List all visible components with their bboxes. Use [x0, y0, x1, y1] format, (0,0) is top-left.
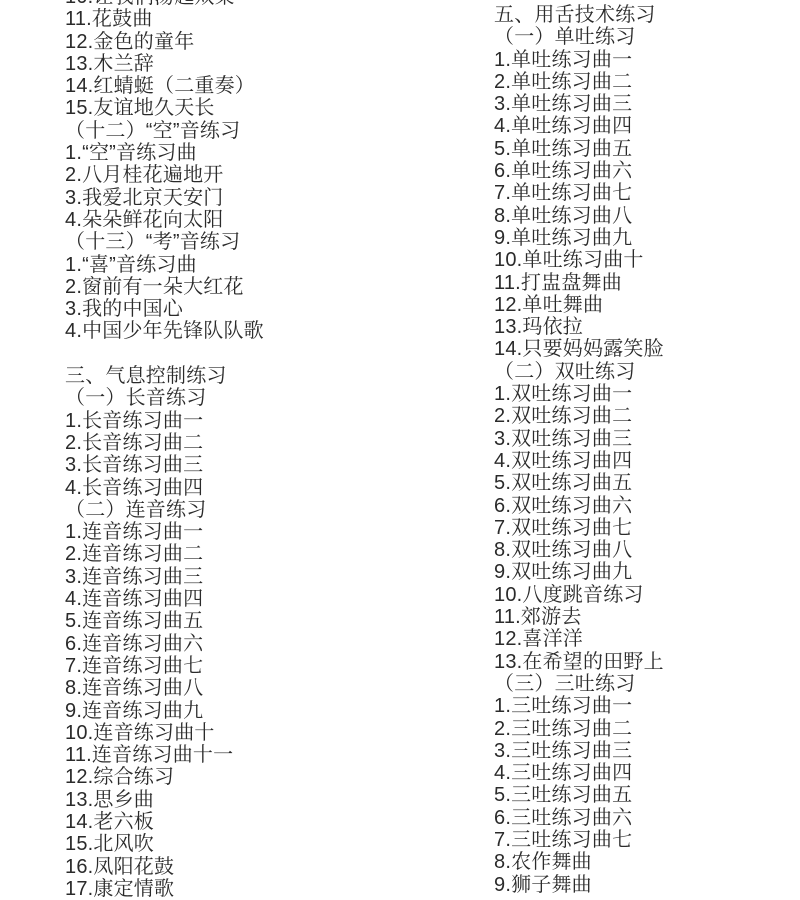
toc-line: 5.三吐练习曲五 [494, 784, 664, 806]
toc-line: 14.老六板 [65, 811, 264, 833]
toc-line: 5.双吐练习曲五 [494, 472, 664, 494]
toc-line: 2.双吐练习曲二 [494, 405, 664, 427]
toc-line: 5.连音练习曲五 [65, 610, 264, 632]
toc-line: （二）双吐练习 [494, 361, 664, 383]
toc-line: （十三）“考”音练习 [65, 231, 264, 253]
toc-line: 1.连音练习曲一 [65, 521, 264, 543]
toc-line: 13.思乡曲 [65, 789, 264, 811]
toc-line: 10.单吐练习曲十 [494, 249, 664, 271]
toc-line: 4.长音练习曲四 [65, 477, 264, 499]
toc-line: 9.连音练习曲九 [65, 700, 264, 722]
toc-line: 8.单吐练习曲八 [494, 205, 664, 227]
toc-line: 4.连音练习曲四 [65, 588, 264, 610]
toc-line: 6.连音练习曲六 [65, 633, 264, 655]
toc-line: （十二）“空”音练习 [65, 120, 264, 142]
toc-line: 7.单吐练习曲七 [494, 182, 664, 204]
toc-line: 13.木兰辞 [65, 53, 264, 75]
toc-line: 12.综合练习 [65, 766, 264, 788]
toc-line: 15.友谊地久天长 [65, 97, 264, 119]
toc-left-column: 10.让我们荡起双桨11.花鼓曲12.金色的童年13.木兰辞14.红蜻蜓（二重奏… [65, 0, 264, 900]
toc-line: 1.双吐练习曲一 [494, 383, 664, 405]
toc-line: 12.喜洋洋 [494, 628, 664, 650]
toc-line: 3.双吐练习曲三 [494, 428, 664, 450]
toc-line: 7.双吐练习曲七 [494, 517, 664, 539]
toc-line: 8.双吐练习曲八 [494, 539, 664, 561]
toc-line: 10.连音练习曲十 [65, 722, 264, 744]
toc-line: 4.双吐练习曲四 [494, 450, 664, 472]
toc-line: （一）长音练习 [65, 387, 264, 409]
toc-line: 1.单吐练习曲一 [494, 49, 664, 71]
toc-blank-line [65, 343, 264, 365]
toc-line: （二）连音练习 [65, 499, 264, 521]
toc-line: 10.八度跳音练习 [494, 584, 664, 606]
toc-line: 2.三吐练习曲二 [494, 718, 664, 740]
toc-line: 3.单吐练习曲三 [494, 93, 664, 115]
toc-line: 11.打盅盘舞曲 [494, 272, 664, 294]
toc-line: 17.康定情歌 [65, 878, 264, 900]
toc-line: 14.红蜻蜓（二重奏） [65, 75, 264, 97]
toc-line: 11.花鼓曲 [65, 8, 264, 30]
toc-line: 15.北风吹 [65, 833, 264, 855]
toc-line: 9.狮子舞曲 [494, 874, 664, 896]
toc-line: 14.只要妈妈露笑脸 [494, 338, 664, 360]
toc-line: 13.在希望的田野上 [494, 651, 664, 673]
toc-line: 5.单吐练习曲五 [494, 138, 664, 160]
toc-line: 1.“喜”音练习曲 [65, 254, 264, 276]
toc-line: 7.三吐练习曲七 [494, 829, 664, 851]
toc-line: 6.三吐练习曲六 [494, 807, 664, 829]
toc-line: 3.我的中国心 [65, 298, 264, 320]
toc-line: 3.长音练习曲三 [65, 454, 264, 476]
toc-line: 4.单吐练习曲四 [494, 115, 664, 137]
toc-line: 6.单吐练习曲六 [494, 160, 664, 182]
toc-line: 7.连音练习曲七 [65, 655, 264, 677]
toc-line: 12.金色的童年 [65, 31, 264, 53]
toc-line: （一）单吐练习 [494, 26, 664, 48]
toc-line: 4.中国少年先锋队队歌 [65, 320, 264, 342]
toc-line: 1.“空”音练习曲 [65, 142, 264, 164]
toc-line: 3.三吐练习曲三 [494, 740, 664, 762]
toc-line: 9.双吐练习曲九 [494, 561, 664, 583]
toc-line: 2.单吐练习曲二 [494, 71, 664, 93]
toc-line: 11.连音练习曲十一 [65, 744, 264, 766]
toc-line: 2.长音练习曲二 [65, 432, 264, 454]
toc-line: 三、气息控制练习 [65, 365, 264, 387]
toc-line: 2.窗前有一朵大红花 [65, 276, 264, 298]
toc-line: 3.我爱北京天安门 [65, 187, 264, 209]
toc-line: 16.凤阳花鼓 [65, 856, 264, 878]
toc-line: 12.单吐舞曲 [494, 294, 664, 316]
toc-line: 9.单吐练习曲九 [494, 227, 664, 249]
toc-line: 6.双吐练习曲六 [494, 495, 664, 517]
toc-line: 1.长音练习曲一 [65, 410, 264, 432]
toc-line: 8.连音练习曲八 [65, 677, 264, 699]
toc-line: 8.农作舞曲 [494, 851, 664, 873]
toc-line: 2.连音练习曲二 [65, 543, 264, 565]
toc-line: （三）三吐练习 [494, 673, 664, 695]
toc-line: 4.三吐练习曲四 [494, 762, 664, 784]
toc-line: 2.八月桂花遍地开 [65, 164, 264, 186]
toc-line: 1.三吐练习曲一 [494, 695, 664, 717]
toc-line: 4.朵朵鲜花向太阳 [65, 209, 264, 231]
toc-line: 13.玛依拉 [494, 316, 664, 338]
toc-right-column: 五、用舌技术练习（一）单吐练习1.单吐练习曲一2.单吐练习曲二3.单吐练习曲三4… [494, 4, 664, 896]
document-page: 10.让我们荡起双桨11.花鼓曲12.金色的童年13.木兰辞14.红蜻蜓（二重奏… [0, 0, 800, 900]
toc-line: 3.连音练习曲三 [65, 566, 264, 588]
toc-line: 五、用舌技术练习 [494, 4, 664, 26]
toc-line: 11.郊游去 [494, 606, 664, 628]
